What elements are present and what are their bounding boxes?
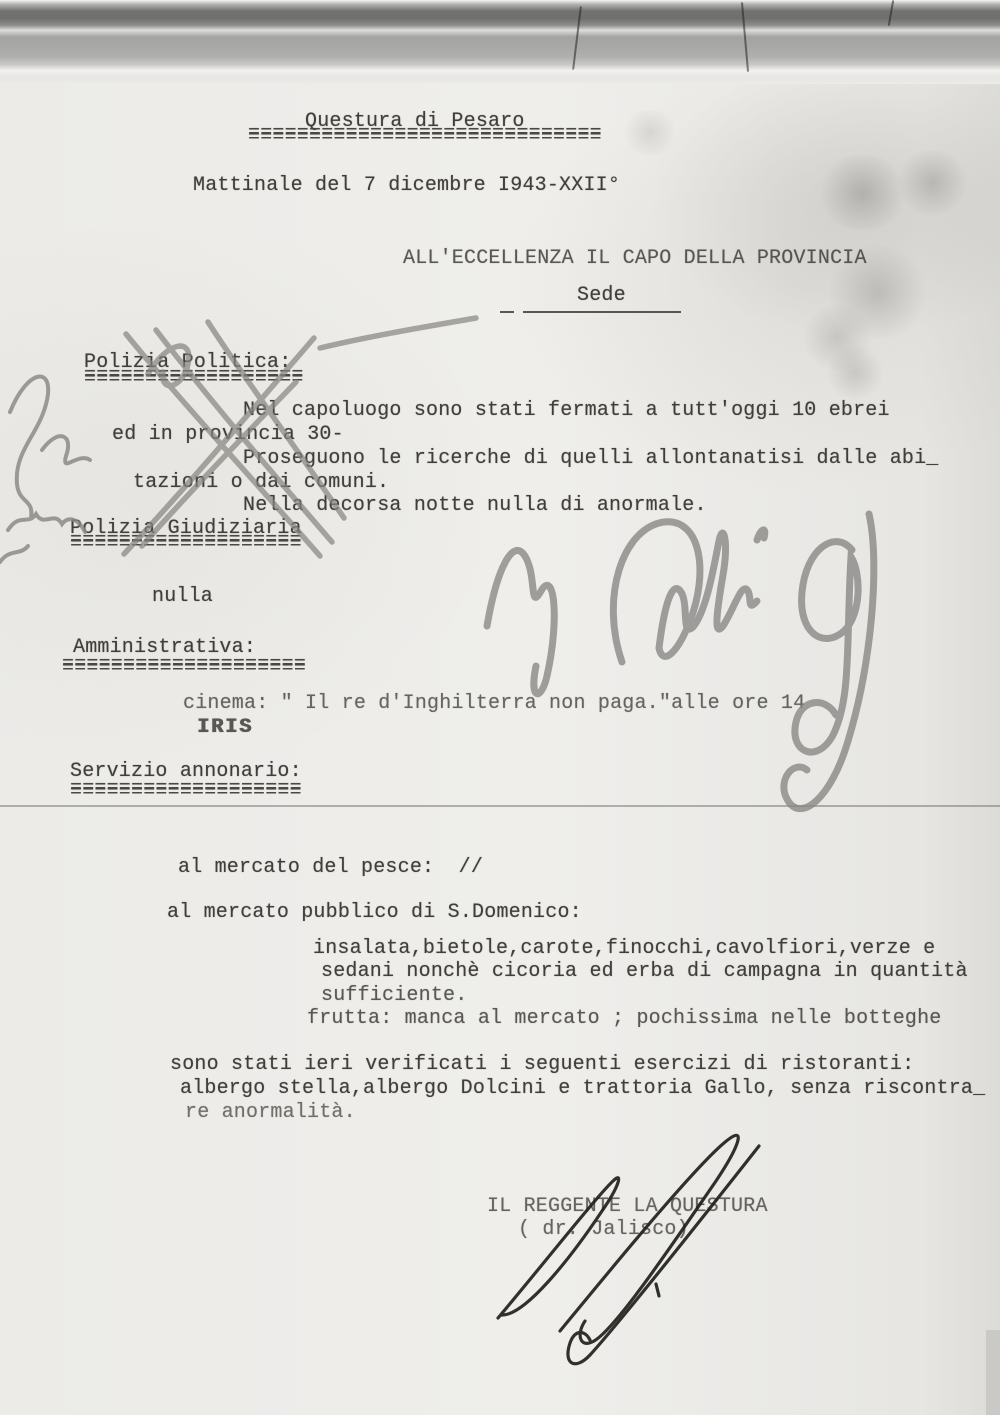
scan-edge-shadow: [986, 1330, 1000, 1415]
seat-underline-dash: [500, 311, 514, 313]
paper-stain: [815, 155, 910, 230]
body-line: tazioni o dai comuni.: [133, 471, 389, 494]
scan-top-fold-band: [0, 0, 1000, 84]
body-line: nulla: [152, 585, 213, 608]
body-line: albergo stella,albergo Dolcini e trattor…: [180, 1077, 985, 1100]
ink-signature-bottom: [498, 1135, 759, 1363]
seat-underline: [523, 311, 681, 313]
body-line-pesce: al mercato del pesce: //: [178, 856, 483, 879]
body-line-domenico: al mercato pubblico di S.Domenico:: [167, 901, 582, 924]
pencil-signature-center: [487, 514, 874, 809]
body-line-cinema-name: IRIS: [197, 716, 253, 739]
section-rule: ==================: [84, 370, 304, 382]
body-line: re anormalità.: [185, 1101, 356, 1124]
body-line: Nella decorsa notte nulla di anormale.: [243, 494, 707, 517]
section-rule: ===================: [70, 535, 302, 547]
section-rule: ====================: [62, 659, 306, 671]
body-line: Nel capoluogo sono stati fermati a tutt'…: [243, 399, 890, 422]
signoff-title: IL REGGENTE LA QUESTURA: [487, 1195, 768, 1218]
body-line: sedani nonchè cicoria ed erba di campagn…: [321, 960, 968, 983]
paper-stain: [895, 150, 970, 215]
paper-stain: [825, 345, 885, 400]
paper-stain: [620, 110, 680, 155]
body-line-frutta: frutta: manca al mercato ; pochissima ne…: [307, 1007, 942, 1030]
section-rule: ===================: [70, 783, 302, 795]
body-line: insalata,bietole,carote,finocchi,cavolfi…: [313, 937, 935, 960]
body-line: Proseguono le ricerche di quelli allonta…: [243, 447, 939, 470]
body-line: sufficiente.: [321, 984, 467, 1007]
seat-line: Sede: [577, 284, 626, 307]
recipient-line: ALL'ECCELLENZA IL CAPO DELLA PROVINCIA: [403, 247, 867, 270]
body-line: sono stati ieri verificati i seguenti es…: [170, 1053, 914, 1076]
title-rule: =============================: [248, 128, 602, 140]
body-line: ed in provincia 30-: [112, 423, 344, 446]
scanned-document-page: Questura di Pesaro =====================…: [0, 0, 1000, 1415]
dateline: Mattinale del 7 dicembre I943-XXII°: [193, 174, 620, 197]
signoff-name: ( dr. Jalisco): [518, 1218, 689, 1241]
fold-crease-line: [0, 805, 1000, 807]
body-line-cinema: cinema: " Il re d'Inghilterra non paga."…: [183, 692, 805, 715]
